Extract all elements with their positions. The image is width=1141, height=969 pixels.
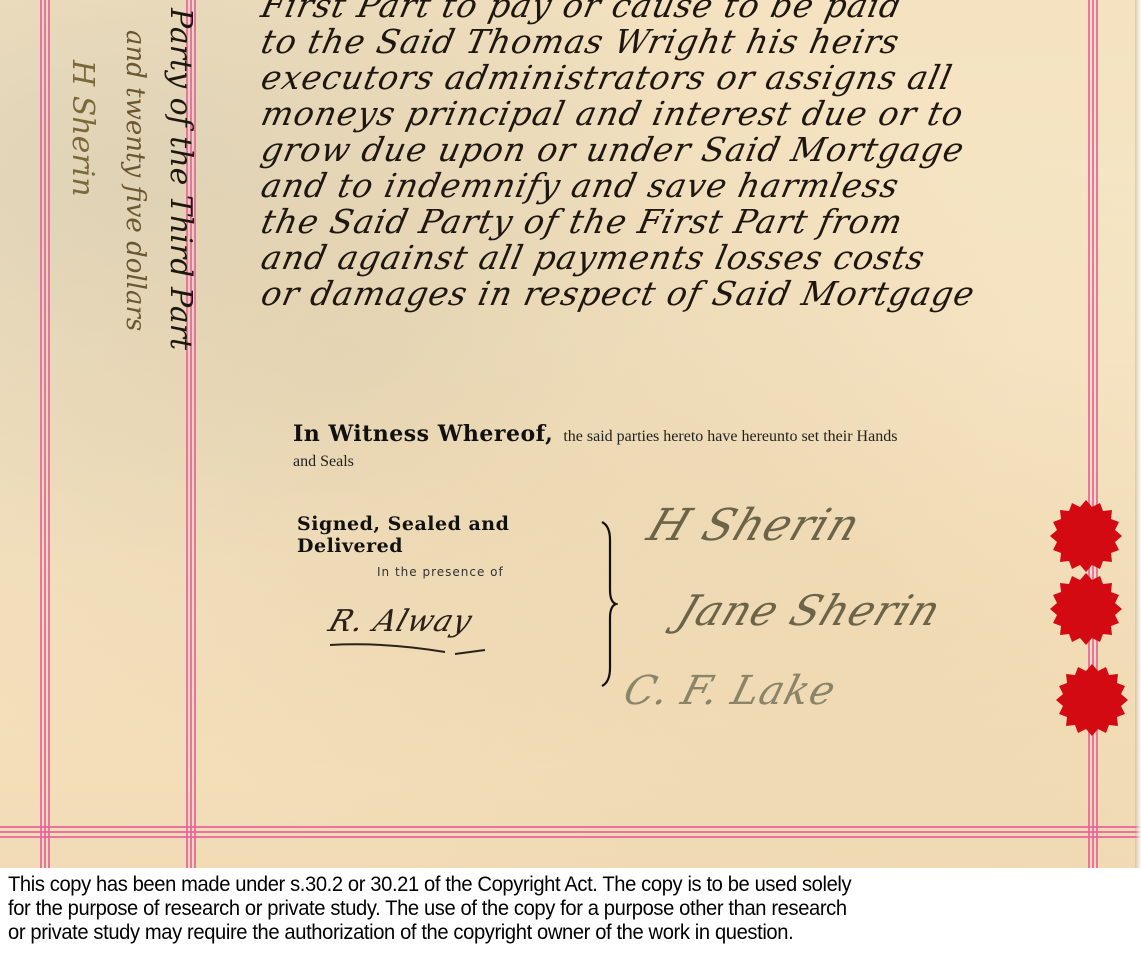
copyright-notice: This copy has been made under s.30.2 or … xyxy=(8,873,1093,945)
witness-signature-underline xyxy=(325,640,495,660)
body-line-3: executors administrators or assigns all xyxy=(258,58,956,97)
body-line-9: or damages in respect of Said Mortgage xyxy=(258,274,979,313)
seal-1 xyxy=(1050,500,1122,572)
seal-3 xyxy=(1056,664,1128,736)
margin-notation-line-2: and twenty five dollars xyxy=(120,30,150,331)
attestation-block: Signed, Sealed and Delivered In the pres… xyxy=(297,513,597,579)
attestation-heading: Signed, Sealed and Delivered xyxy=(297,513,597,557)
witness-heading: In Witness Whereof, xyxy=(293,421,553,447)
signature-brace xyxy=(598,520,618,688)
margin-notation-line-1: Party of the Third Part xyxy=(163,8,198,350)
right-margin-rule xyxy=(1088,0,1098,868)
signature-2: Jane Sherin xyxy=(671,586,948,635)
body-line-2: to the Said Thomas Wright his heirs xyxy=(258,22,904,61)
seal-2 xyxy=(1050,573,1122,645)
body-line-5: grow due upon or under Said Mortgage xyxy=(258,130,968,169)
body-line-8: and against all payments losses costs xyxy=(258,238,929,277)
witness-signature: R. Alway xyxy=(324,604,477,639)
document-page: Party of the Third Part and twenty five … xyxy=(0,0,1141,868)
witness-clause: In Witness Whereof, the said parties her… xyxy=(293,421,1013,471)
left-margin-rule xyxy=(40,0,50,868)
signature-1: H Sherin xyxy=(641,500,868,551)
witness-text-line2: and Seals xyxy=(293,453,1013,471)
attestation-subheading: In the presence of xyxy=(377,565,597,579)
witness-text: the said parties hereto have hereunto se… xyxy=(563,428,897,445)
copyright-notice-line-1: This copy has been made under s.30.2 or … xyxy=(8,873,1093,897)
body-line-7: the Said Party of the First Part from xyxy=(258,202,907,241)
copyright-notice-line-3: or private study may require the authori… xyxy=(8,921,1093,945)
body-line-6: and to indemnify and save harmless xyxy=(258,166,903,205)
signature-3: C. F. Lake xyxy=(619,668,841,714)
body-line-4: moneys principal and interest due or to xyxy=(258,94,968,133)
copyright-notice-line-2: for the purpose of research or private s… xyxy=(8,897,1093,921)
bottom-margin-rule xyxy=(0,826,1141,838)
margin-notation-signature: H Sherin xyxy=(65,60,100,197)
